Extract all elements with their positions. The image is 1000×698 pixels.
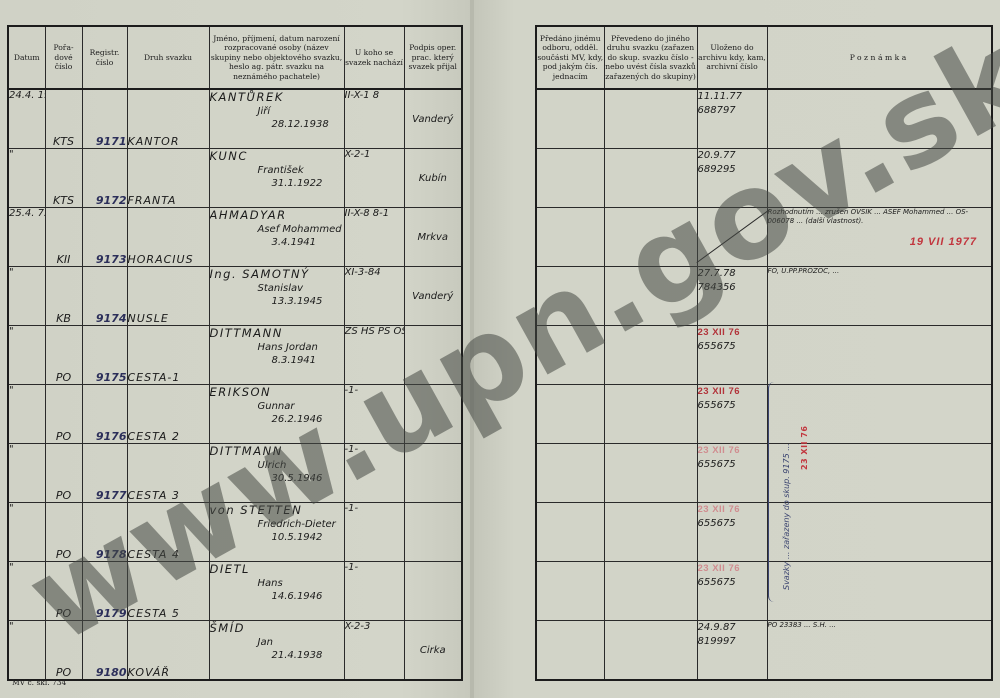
signature-text: Mrkva	[417, 232, 448, 243]
reg-number: 9172	[96, 194, 127, 207]
date-cell: 25.4. 75	[8, 208, 45, 267]
file-type-text: FRANTA	[128, 194, 177, 207]
location-text: II-X-8 8-1	[345, 208, 390, 219]
converted-cell	[604, 208, 697, 267]
archive-number: 688797	[698, 104, 767, 118]
note-cell	[767, 149, 992, 208]
signature-cell	[404, 444, 462, 503]
table-row: "PO9179CESTA 5DIETLHans14.6.1946-1-	[8, 562, 462, 621]
register-table-right: Předáno jinému odboru, odděl. součásti M…	[535, 25, 993, 681]
table-row: 23 XII 76655675	[536, 385, 992, 444]
date-text: 24.4. 1975	[9, 90, 45, 101]
reg-cell: 9173	[82, 208, 127, 267]
table-row: 25.4. 75KII9173HORACIUSAHMADYARAsef Moha…	[8, 208, 462, 267]
surname-text: KUNC	[210, 149, 344, 163]
note-cell: FO, U.PP.PROZOC, ...	[767, 267, 992, 326]
location-text: X-2-1	[345, 149, 371, 160]
form-code: MV č. skl. 734	[12, 678, 66, 687]
table-row: "KTS9172FRANTAKUNCFrantišek31.1.1922X-2-…	[8, 149, 462, 208]
date-text: "	[9, 267, 14, 278]
first-name-text: Ulrich	[210, 460, 344, 471]
date-cell: "	[8, 267, 45, 326]
transferred-cell	[536, 503, 604, 562]
reg-number: 9171	[96, 135, 127, 148]
birth-date-text: 8.3.1941	[210, 355, 344, 366]
signature-cell: Vanderý	[404, 89, 462, 149]
signature-text: Cirka	[420, 645, 446, 656]
date-cell: "	[8, 385, 45, 444]
file-type-text: KANTOR	[128, 135, 180, 148]
location-text: ZS HS PS OSH, Zidle	[345, 326, 405, 337]
order-text: KTS	[53, 194, 74, 207]
location-cell: -1-	[344, 503, 404, 562]
archive-number: 655675	[698, 458, 767, 472]
reg-number: 9173	[96, 253, 127, 266]
transferred-cell	[536, 89, 604, 149]
note-text: FO, U.PP.PROZOC, ...	[768, 267, 840, 275]
date-cell: "	[8, 621, 45, 681]
person-cell: ERIKSONGunnar26.2.1946	[209, 385, 344, 444]
note-cell	[767, 562, 992, 621]
surname-text: ERIKSON	[210, 385, 344, 399]
order-cell: PO	[45, 562, 82, 621]
order-text: KII	[57, 253, 71, 266]
location-cell: II-X-1 8	[344, 89, 404, 149]
table-row: 11.11.77688797	[536, 89, 992, 149]
register-table-left: Datum Pořa-dové číslo Registr. číslo Dru…	[7, 25, 463, 681]
order-cell: KTS	[45, 149, 82, 208]
converted-cell	[604, 267, 697, 326]
table-row: 27.7.78784356FO, U.PP.PROZOC, ...	[536, 267, 992, 326]
date-text: "	[9, 562, 14, 573]
date-cell: "	[8, 326, 45, 385]
surname-text: Ing. SAMOTNÝ	[210, 267, 344, 281]
location-text: -1-	[345, 503, 359, 514]
archive-cell: 27.7.78784356	[697, 267, 767, 326]
archive-number: 819997	[698, 635, 767, 649]
table-row: "PO9175CESTA-1DITTMANNHans Jordan8.3.194…	[8, 326, 462, 385]
table-row: "PO9180KOVÁŘŠMÍDJan21.4.1938X-2-3Cirka	[8, 621, 462, 681]
type-cell: CESTA 4	[127, 503, 209, 562]
signature-text: Vanderý	[412, 291, 453, 302]
type-cell: KOVÁŘ	[127, 621, 209, 681]
first-name-text: František	[210, 165, 344, 176]
col-header-transferred: Předáno jinému odboru, odděl. součásti M…	[536, 26, 604, 89]
transferred-cell	[536, 444, 604, 503]
surname-text: ŠMÍD	[210, 621, 344, 635]
date-cell: "	[8, 444, 45, 503]
location-cell: XI-3-84	[344, 267, 404, 326]
first-name-text: Asef Mohammed	[210, 224, 344, 235]
file-type-text: CESTA 3	[128, 489, 180, 502]
date-cell: "	[8, 149, 45, 208]
note-cell: Rozhodnutím ... zrušen OVSIK ... ASEF Mo…	[767, 208, 992, 267]
birth-date-text: 14.6.1946	[210, 591, 344, 602]
date-text: 25.4. 75	[9, 208, 45, 219]
col-header-converted: Převedeno do jiného druhu svazku (zařaze…	[604, 26, 697, 89]
reg-number: 9174	[96, 312, 127, 325]
date-cell: 24.4. 1975	[8, 89, 45, 149]
reg-cell: 9175	[82, 326, 127, 385]
surname-text: von STETTEN	[210, 503, 344, 517]
note-text: Rozhodnutím ... zrušen OVSIK ... ASEF Mo…	[768, 208, 969, 225]
col-header-person: Jméno, příjmení, datum narození rozpraco…	[209, 26, 344, 89]
archive-cell: 23 XII 76655675	[697, 503, 767, 562]
person-cell: Ing. SAMOTNÝStanislav13.3.1945	[209, 267, 344, 326]
reg-number: 9176	[96, 430, 127, 443]
order-text: PO	[56, 607, 71, 620]
archive-number: 689295	[698, 163, 767, 177]
reg-cell: 9171	[82, 89, 127, 149]
person-cell: von STETTENFriedrich-Dieter10.5.1942	[209, 503, 344, 562]
archive-date: 24.9.87	[698, 621, 767, 635]
reg-number: 9177	[96, 489, 127, 502]
transferred-cell	[536, 267, 604, 326]
file-type-text: CESTA 2	[128, 430, 180, 443]
location-cell: X-2-3	[344, 621, 404, 681]
order-text: PO	[56, 489, 71, 502]
archive-number: 655675	[698, 517, 767, 531]
table-row: "PO9176CESTA 2ERIKSONGunnar26.2.1946-1-	[8, 385, 462, 444]
archive-stamp: 23 XII 76	[698, 444, 767, 458]
archive-number: 784356	[698, 281, 767, 295]
first-name-text: Friedrich-Dieter	[210, 519, 344, 530]
reg-cell: 9176	[82, 385, 127, 444]
birth-date-text: 3.4.1941	[210, 237, 344, 248]
surname-text: AHMADYAR	[210, 208, 344, 222]
signature-cell	[404, 326, 462, 385]
person-cell: DITTMANNHans Jordan8.3.1941	[209, 326, 344, 385]
location-cell: -1-	[344, 562, 404, 621]
transferred-cell	[536, 621, 604, 681]
vertical-stamp: 23 XII 76	[800, 426, 809, 470]
table-row: 23 XII 76655675	[536, 444, 992, 503]
order-cell: PO	[45, 385, 82, 444]
converted-cell	[604, 444, 697, 503]
birth-date-text: 13.3.1945	[210, 296, 344, 307]
first-name-text: Jan	[210, 637, 344, 648]
reg-number: 9180	[96, 666, 127, 679]
birth-date-text: 28.12.1938	[210, 119, 344, 130]
order-cell: KTS	[45, 89, 82, 149]
date-text: "	[9, 385, 14, 396]
type-cell: CESTA-1	[127, 326, 209, 385]
person-cell: KUNCFrantišek31.1.1922	[209, 149, 344, 208]
table-row: Rozhodnutím ... zrušen OVSIK ... ASEF Mo…	[536, 208, 992, 267]
note-text: PO 23383 ... S.H. ...	[768, 621, 836, 629]
birth-date-text: 30.5.1946	[210, 473, 344, 484]
signature-text: Kubín	[419, 173, 447, 184]
reg-cell: 9174	[82, 267, 127, 326]
type-cell: CESTA 2	[127, 385, 209, 444]
archive-stamp: 23 XII 76	[698, 385, 767, 399]
archive-cell: 20.9.77689295	[697, 149, 767, 208]
note-cell: PO 23383 ... S.H. ...	[767, 621, 992, 681]
signature-cell: Cirka	[404, 621, 462, 681]
surname-text: DIETL	[210, 562, 344, 576]
location-cell: X-2-1	[344, 149, 404, 208]
transferred-cell	[536, 385, 604, 444]
transferred-cell	[536, 149, 604, 208]
table-row: "PO9177CESTA 3DITTMANNUlrich30.5.1946-1-	[8, 444, 462, 503]
reg-cell: 9180	[82, 621, 127, 681]
reg-cell: 9172	[82, 149, 127, 208]
table-row: 20.9.77689295	[536, 149, 992, 208]
location-text: II-X-1 8	[345, 90, 380, 101]
table-row: "PO9178CESTA 4von STETTENFriedrich-Diete…	[8, 503, 462, 562]
header-row-right: Předáno jinému odboru, odděl. součásti M…	[536, 26, 992, 89]
type-cell: CESTA 5	[127, 562, 209, 621]
date-cell: "	[8, 562, 45, 621]
order-cell: PO	[45, 503, 82, 562]
archive-date: 27.7.78	[698, 267, 767, 281]
person-cell: ŠMÍDJan21.4.1938	[209, 621, 344, 681]
surname-text: DITTMANN	[210, 444, 344, 458]
signature-cell	[404, 385, 462, 444]
order-text: PO	[56, 430, 71, 443]
converted-cell	[604, 149, 697, 208]
order-cell: KB	[45, 267, 82, 326]
archive-cell: 23 XII 76655675	[697, 444, 767, 503]
reg-cell: 9178	[82, 503, 127, 562]
date-text: "	[9, 444, 14, 455]
table-row: "KB9174NUSLEIng. SAMOTNÝStanislav13.3.19…	[8, 267, 462, 326]
file-type-text: NUSLE	[128, 312, 169, 325]
archive-number: 655675	[698, 340, 767, 354]
person-cell: KANTŮREKJiří28.12.1938	[209, 89, 344, 149]
order-text: KTS	[53, 135, 74, 148]
note-date-stamp: 19 VII 1977	[910, 238, 977, 247]
table-row: 23 XII 76655675	[536, 326, 992, 385]
transferred-cell	[536, 208, 604, 267]
surname-text: DITTMANN	[210, 326, 344, 340]
first-name-text: Stanislav	[210, 283, 344, 294]
col-header-note: Poznámka	[767, 26, 992, 89]
col-header-order-no: Pořa-dové číslo	[45, 26, 82, 89]
location-cell: -1-	[344, 444, 404, 503]
col-header-location: U koho se svazek nachází	[344, 26, 404, 89]
location-cell: -1-	[344, 385, 404, 444]
archive-cell: 11.11.77688797	[697, 89, 767, 149]
header-row-left: Datum Pořa-dové číslo Registr. číslo Dru…	[8, 26, 462, 89]
surname-text: KANTŮREK	[210, 90, 344, 104]
converted-cell	[604, 621, 697, 681]
signature-cell	[404, 503, 462, 562]
first-name-text: Jiří	[210, 106, 344, 117]
file-type-text: CESTA 5	[128, 607, 180, 620]
birth-date-text: 21.4.1938	[210, 650, 344, 661]
vertical-note: Svazky ... zařazeny do skup. 9175 ...	[782, 443, 791, 590]
location-text: -1-	[345, 562, 359, 573]
type-cell: HORACIUS	[127, 208, 209, 267]
signature-text: Vanderý	[412, 114, 453, 125]
order-text: PO	[56, 371, 71, 384]
book-gutter	[470, 0, 474, 698]
reg-cell: 9177	[82, 444, 127, 503]
converted-cell	[604, 503, 697, 562]
archive-stamp: 23 XII 76	[698, 326, 767, 340]
archive-cell: 24.9.87819997	[697, 621, 767, 681]
file-type-text: CESTA 4	[128, 548, 180, 561]
order-cell: PO	[45, 444, 82, 503]
table-row: 23 XII 76655675	[536, 562, 992, 621]
archive-cell: 23 XII 76655675	[697, 385, 767, 444]
person-cell: DIETLHans14.6.1946	[209, 562, 344, 621]
archive-cell: 23 XII 76655675	[697, 326, 767, 385]
person-cell: AHMADYARAsef Mohammed3.4.1941	[209, 208, 344, 267]
signature-cell: Kubín	[404, 149, 462, 208]
converted-cell	[604, 89, 697, 149]
table-row: 24.9.87819997PO 23383 ... S.H. ...	[536, 621, 992, 681]
file-type-text: KOVÁŘ	[128, 666, 171, 679]
col-header-file-type: Druh svazku	[127, 26, 209, 89]
location-text: X-2-3	[345, 621, 371, 632]
birth-date-text: 26.2.1946	[210, 414, 344, 425]
first-name-text: Hans	[210, 578, 344, 589]
type-cell: CESTA 3	[127, 444, 209, 503]
location-cell: ZS HS PS OSH, Zidle	[344, 326, 404, 385]
note-cell	[767, 326, 992, 385]
col-header-signature: Podpis oper. prac. který svazek přijal	[404, 26, 462, 89]
col-header-archived: Uloženo do archivu kdy, kam, archivní čí…	[697, 26, 767, 89]
reg-number: 9175	[96, 371, 127, 384]
col-header-reg-no: Registr. číslo	[82, 26, 127, 89]
converted-cell	[604, 562, 697, 621]
file-type-text: HORACIUS	[128, 253, 194, 266]
note-cell	[767, 89, 992, 149]
date-text: "	[9, 326, 14, 337]
signature-cell: Vanderý	[404, 267, 462, 326]
archive-cell: 23 XII 76655675	[697, 562, 767, 621]
transferred-cell	[536, 326, 604, 385]
type-cell: KANTOR	[127, 89, 209, 149]
archive-number: 655675	[698, 399, 767, 413]
archive-date: 11.11.77	[698, 90, 767, 104]
type-cell: FRANTA	[127, 149, 209, 208]
table-row: 23 XII 76655675	[536, 503, 992, 562]
order-text: PO	[56, 548, 71, 561]
reg-cell: 9179	[82, 562, 127, 621]
date-text: "	[9, 149, 14, 160]
bracket-mark	[768, 382, 777, 602]
location-text: -1-	[345, 385, 359, 396]
birth-date-text: 10.5.1942	[210, 532, 344, 543]
converted-cell	[604, 385, 697, 444]
birth-date-text: 31.1.1922	[210, 178, 344, 189]
file-type-text: CESTA-1	[128, 371, 181, 384]
transferred-cell	[536, 562, 604, 621]
order-cell: PO	[45, 621, 82, 681]
type-cell: NUSLE	[127, 267, 209, 326]
archive-stamp: 23 XII 76	[698, 503, 767, 517]
order-cell: KII	[45, 208, 82, 267]
note-cell	[767, 503, 992, 562]
reg-number: 9178	[96, 548, 127, 561]
archive-date: 20.9.77	[698, 149, 767, 163]
col-header-date: Datum	[8, 26, 45, 89]
location-text: XI-3-84	[345, 267, 381, 278]
person-cell: DITTMANNUlrich30.5.1946	[209, 444, 344, 503]
date-text: "	[9, 621, 14, 632]
location-text: -1-	[345, 444, 359, 455]
order-cell: PO	[45, 326, 82, 385]
table-row: 24.4. 1975KTS9171KANTORKANTŮREKJiří28.12…	[8, 89, 462, 149]
archive-stamp: 23 XII 76	[698, 562, 767, 576]
first-name-text: Hans Jordan	[210, 342, 344, 353]
converted-cell	[604, 326, 697, 385]
signature-cell: Mrkva	[404, 208, 462, 267]
first-name-text: Gunnar	[210, 401, 344, 412]
reg-number: 9179	[96, 607, 127, 620]
order-text: KB	[56, 312, 71, 325]
signature-cell	[404, 562, 462, 621]
date-cell: "	[8, 503, 45, 562]
location-cell: II-X-8 8-1	[344, 208, 404, 267]
archive-number: 655675	[698, 576, 767, 590]
date-text: "	[9, 503, 14, 514]
